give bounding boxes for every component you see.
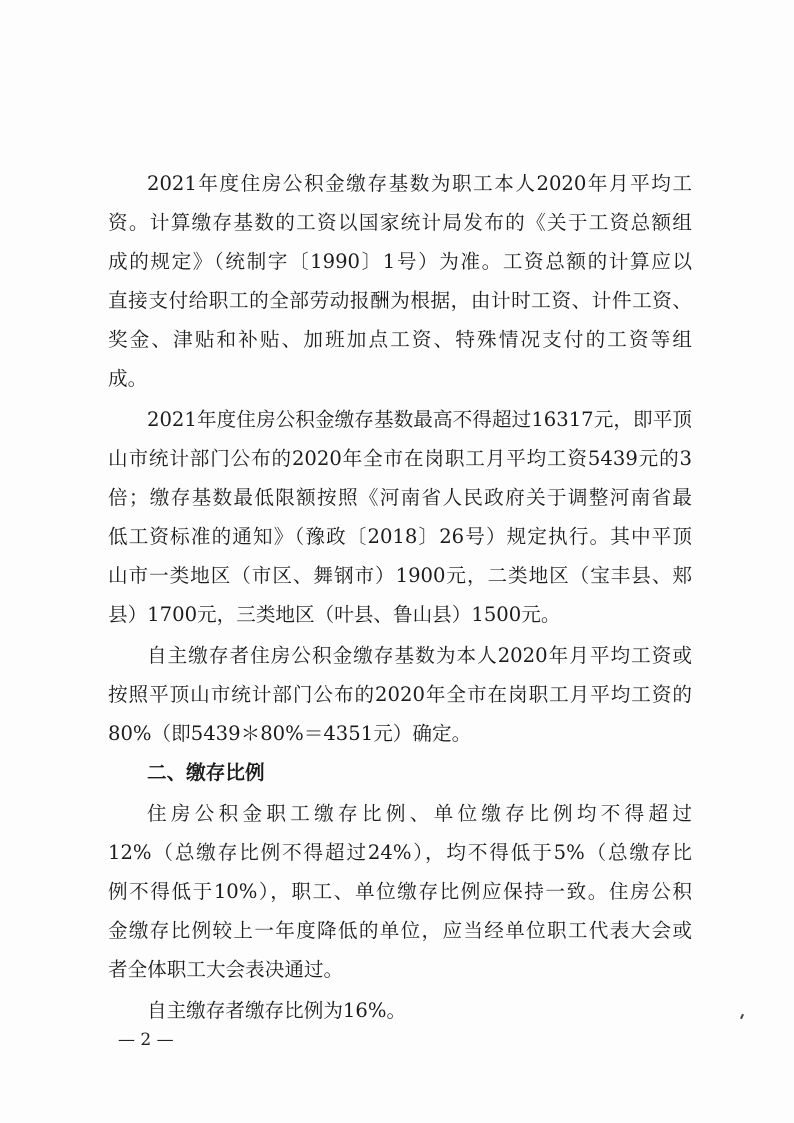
paragraph-1-line-6: 成。 bbox=[108, 359, 692, 398]
paragraph-4-line-2: 12%（总缴存比例不得超过24%），均不得低于5%（总缴存比 bbox=[108, 833, 692, 872]
paragraph-1-line-2: 资。计算缴存基数的工资以国家统计局发布的《关于工资总额组 bbox=[108, 203, 692, 242]
paragraph-4-line-1: 住房公积金职工缴存比例、单位缴存比例均不得超过 bbox=[147, 794, 692, 833]
paragraph-3-line-2: 按照平顶山市统计部门公布的2020年全市在岗职工月平均工资的 bbox=[108, 675, 692, 714]
paragraph-3-line-1: 自主缴存者住房公积金缴存基数为本人2020年月平均工资或 bbox=[147, 636, 692, 675]
paragraph-3-line-3: 80%（即5439＊80%＝4351元）确定。 bbox=[108, 714, 692, 753]
paragraph-2-line-1: 2021年度住房公积金缴存基数最高不得超过16317元，即平顶 bbox=[147, 400, 692, 439]
paragraph-2-line-2: 山市统计部门公布的2020年全市在岗职工月平均工资5439元的3 bbox=[108, 439, 692, 478]
paragraph-2-line-4: 低工资标准的通知》（豫政〔2018〕26号）规定执行。其中平顶 bbox=[108, 517, 692, 556]
paragraph-4-line-4: 金缴存比例较上一年度降低的单位，应当经单位职工代表大会或 bbox=[108, 911, 692, 950]
paragraph-1-line-1: 2021年度住房公积金缴存基数为职工本人2020年月平均工 bbox=[147, 164, 692, 203]
paragraph-2-line-5: 山市一类地区（市区、舞钢市）1900元，二类地区（宝丰县、郏 bbox=[108, 556, 692, 595]
document-page: 2021年度住房公积金缴存基数为职工本人2020年月平均工 资。计算缴存基数的工… bbox=[0, 0, 794, 1123]
paragraph-2-line-3: 倍；缴存基数最低限额按照《河南省人民政府关于调整河南省最 bbox=[108, 478, 692, 517]
paragraph-5-line-1: 自主缴存者缴存比例为16%。 bbox=[147, 991, 692, 1030]
paragraph-4-line-3: 例不得低于10%），职工、单位缴存比例应保持一致。住房公积 bbox=[108, 872, 692, 911]
scan-speck bbox=[740, 1014, 744, 1019]
paragraph-2-line-6: 县）1700元，三类地区（叶县、鲁山县）1500元。 bbox=[108, 595, 692, 634]
paragraph-4-line-5: 者全体职工大会表决通过。 bbox=[108, 950, 692, 989]
section-heading-contribution-ratio: 二、缴存比例 bbox=[147, 753, 692, 792]
paragraph-1-line-5: 奖金、津贴和补贴、加班加点工资、特殊情况支付的工资等组 bbox=[108, 320, 692, 359]
page-number: — 2 — bbox=[118, 1030, 174, 1050]
paragraph-1-line-4: 直接支付给职工的全部劳动报酬为根据，由计时工资、计件工资、 bbox=[108, 281, 692, 320]
paragraph-1-line-3: 成的规定》（统制字〔1990〕1号）为准。工资总额的计算应以 bbox=[108, 242, 692, 281]
